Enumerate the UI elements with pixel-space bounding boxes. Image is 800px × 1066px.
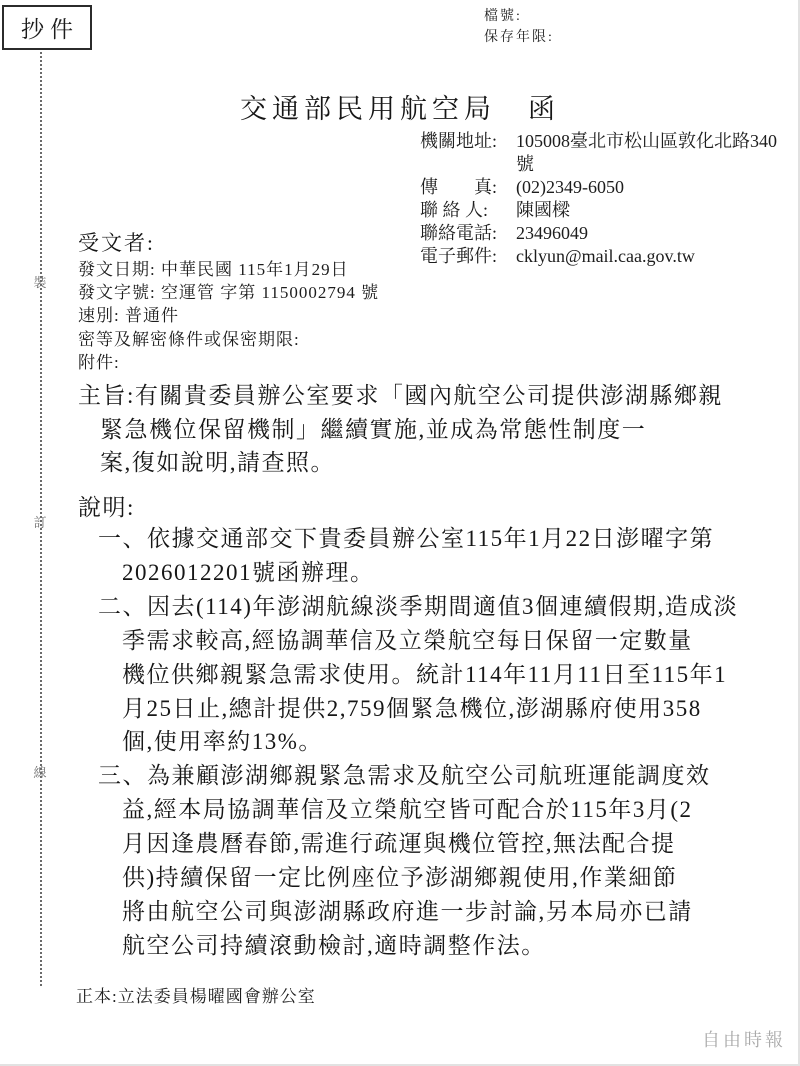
- original-recipient-line: 正本:立法委員楊曜國會辦公室: [76, 982, 316, 1007]
- text-line: 主旨:有關貴委員辦公室要求「國內航空公司提供澎湖縣鄉親: [78, 379, 790, 413]
- text-line: 季需求較高,經協調華信及立榮航空每日保留一定數量: [122, 624, 795, 658]
- text-line: 月因逢農曆春節,需進行疏運與機位管控,無法配合提: [122, 827, 795, 861]
- press-watermark: 自由時報: [702, 1026, 786, 1052]
- agency-address-value: 105008臺北市松山區敦化北路340: [516, 130, 777, 153]
- agency-address-label: 機關地址:: [420, 130, 516, 153]
- text-line: 二、因去(114)年澎湖航線淡季期間適值3個連續假期,造成淡: [98, 590, 795, 624]
- text-line: 三、為兼顧澎湖鄉親緊急需求及航空公司航班運能調度效: [98, 759, 795, 793]
- binding-mark-zhuang: 裝: [31, 272, 49, 291]
- contact-person-row: 聯 絡 人: 陳國樑: [420, 199, 777, 222]
- text-line: 機位供鄉親緊急需求使用。統計114年11月11日至115年1: [122, 658, 795, 692]
- contact-phone-row: 聯絡電話: 23496049: [420, 222, 777, 245]
- fax-label: 傳 真:: [420, 176, 516, 199]
- text-line: 個,使用率約13%。: [122, 725, 795, 759]
- text-line: 一、依據交通部交下貴委員辦公室115年1月22日澎曜字第: [98, 522, 795, 556]
- text-line: 將由航空公司與澎湖縣政府進一步討論,另本局亦已請: [122, 895, 795, 929]
- agency-address-row-2: 號: [420, 153, 777, 176]
- text-line: 速別: 普通件: [78, 304, 379, 327]
- text-line: 益,經本局協調華信及立榮航空皆可配合於115年3月(2: [122, 793, 795, 827]
- recipient-label: 受文者:: [78, 227, 155, 257]
- agency-contact-block: 機關地址: 105008臺北市松山區敦化北路340 號 傳 真: (02)234…: [420, 130, 777, 268]
- text-line: 發文日期: 中華民國 115年1月29日: [78, 258, 379, 281]
- subject-block: 主旨:有關貴委員辦公室要求「國內航空公司提供澎湖縣鄉親緊急機位保留機制」繼續實施…: [0, 379, 790, 480]
- text-line: 緊急機位保留機制」繼續實施,並成為常態性制度一: [100, 413, 790, 447]
- email-label: 電子郵件:: [420, 245, 516, 268]
- agency-address-value-cont: 號: [516, 153, 534, 176]
- contact-person-value: 陳國樑: [516, 199, 570, 222]
- email-value: cklyun@mail.caa.gov.tw: [516, 245, 695, 268]
- document-meta-block: 發文日期: 中華民國 115年1月29日發文字號: 空運管 字第 1150002…: [78, 258, 379, 374]
- description-items: 一、依據交通部交下貴委員辦公室115年1月22日澎曜字第2026012201號函…: [0, 522, 795, 963]
- document-title: 交通部民用航空局 函: [0, 87, 800, 126]
- retention-period-label: 保存年限:: [484, 27, 554, 48]
- fax-value: (02)2349-6050: [516, 176, 624, 199]
- official-letter-page: 抄件 檔號: 保存年限: 裝 訂 線 交通部民用航空局 函 機關地址: 1050…: [0, 0, 800, 1066]
- contact-phone-label: 聯絡電話:: [420, 222, 516, 245]
- email-row: 電子郵件: cklyun@mail.caa.gov.tw: [420, 245, 777, 268]
- text-line: 航空公司持續滾動檢討,適時調整作法。: [122, 929, 795, 963]
- contact-phone-value: 23496049: [516, 222, 588, 245]
- text-line: 發文字號: 空運管 字第 1150002794 號: [78, 281, 379, 304]
- text-line: 附件:: [78, 351, 379, 374]
- text-line: 月25日止,總計提供2,759個緊急機位,澎湖縣府使用358: [122, 692, 795, 726]
- file-number-label: 檔號:: [484, 6, 554, 27]
- text-line: 案,復如說明,請查照。: [100, 446, 790, 480]
- fax-row: 傳 真: (02)2349-6050: [420, 176, 777, 199]
- agency-address-row: 機關地址: 105008臺北市松山區敦化北路340: [420, 130, 777, 153]
- contact-person-label: 聯 絡 人:: [420, 199, 516, 222]
- copy-stamp-label: 抄件: [21, 11, 79, 44]
- text-line: 2026012201號函辦理。: [122, 556, 795, 590]
- text-line: 密等及解密條件或保密期限:: [78, 328, 379, 351]
- text-line: 供)持續保留一定比例座位予澎湖鄉親使用,作業細節: [122, 861, 795, 895]
- description-label: 說明:: [78, 489, 135, 522]
- file-header: 檔號: 保存年限:: [484, 6, 554, 48]
- copy-stamp-box: 抄件: [2, 5, 92, 50]
- binding-mark-ding: 訂: [31, 512, 49, 531]
- binding-mark-xian: 線: [31, 762, 49, 781]
